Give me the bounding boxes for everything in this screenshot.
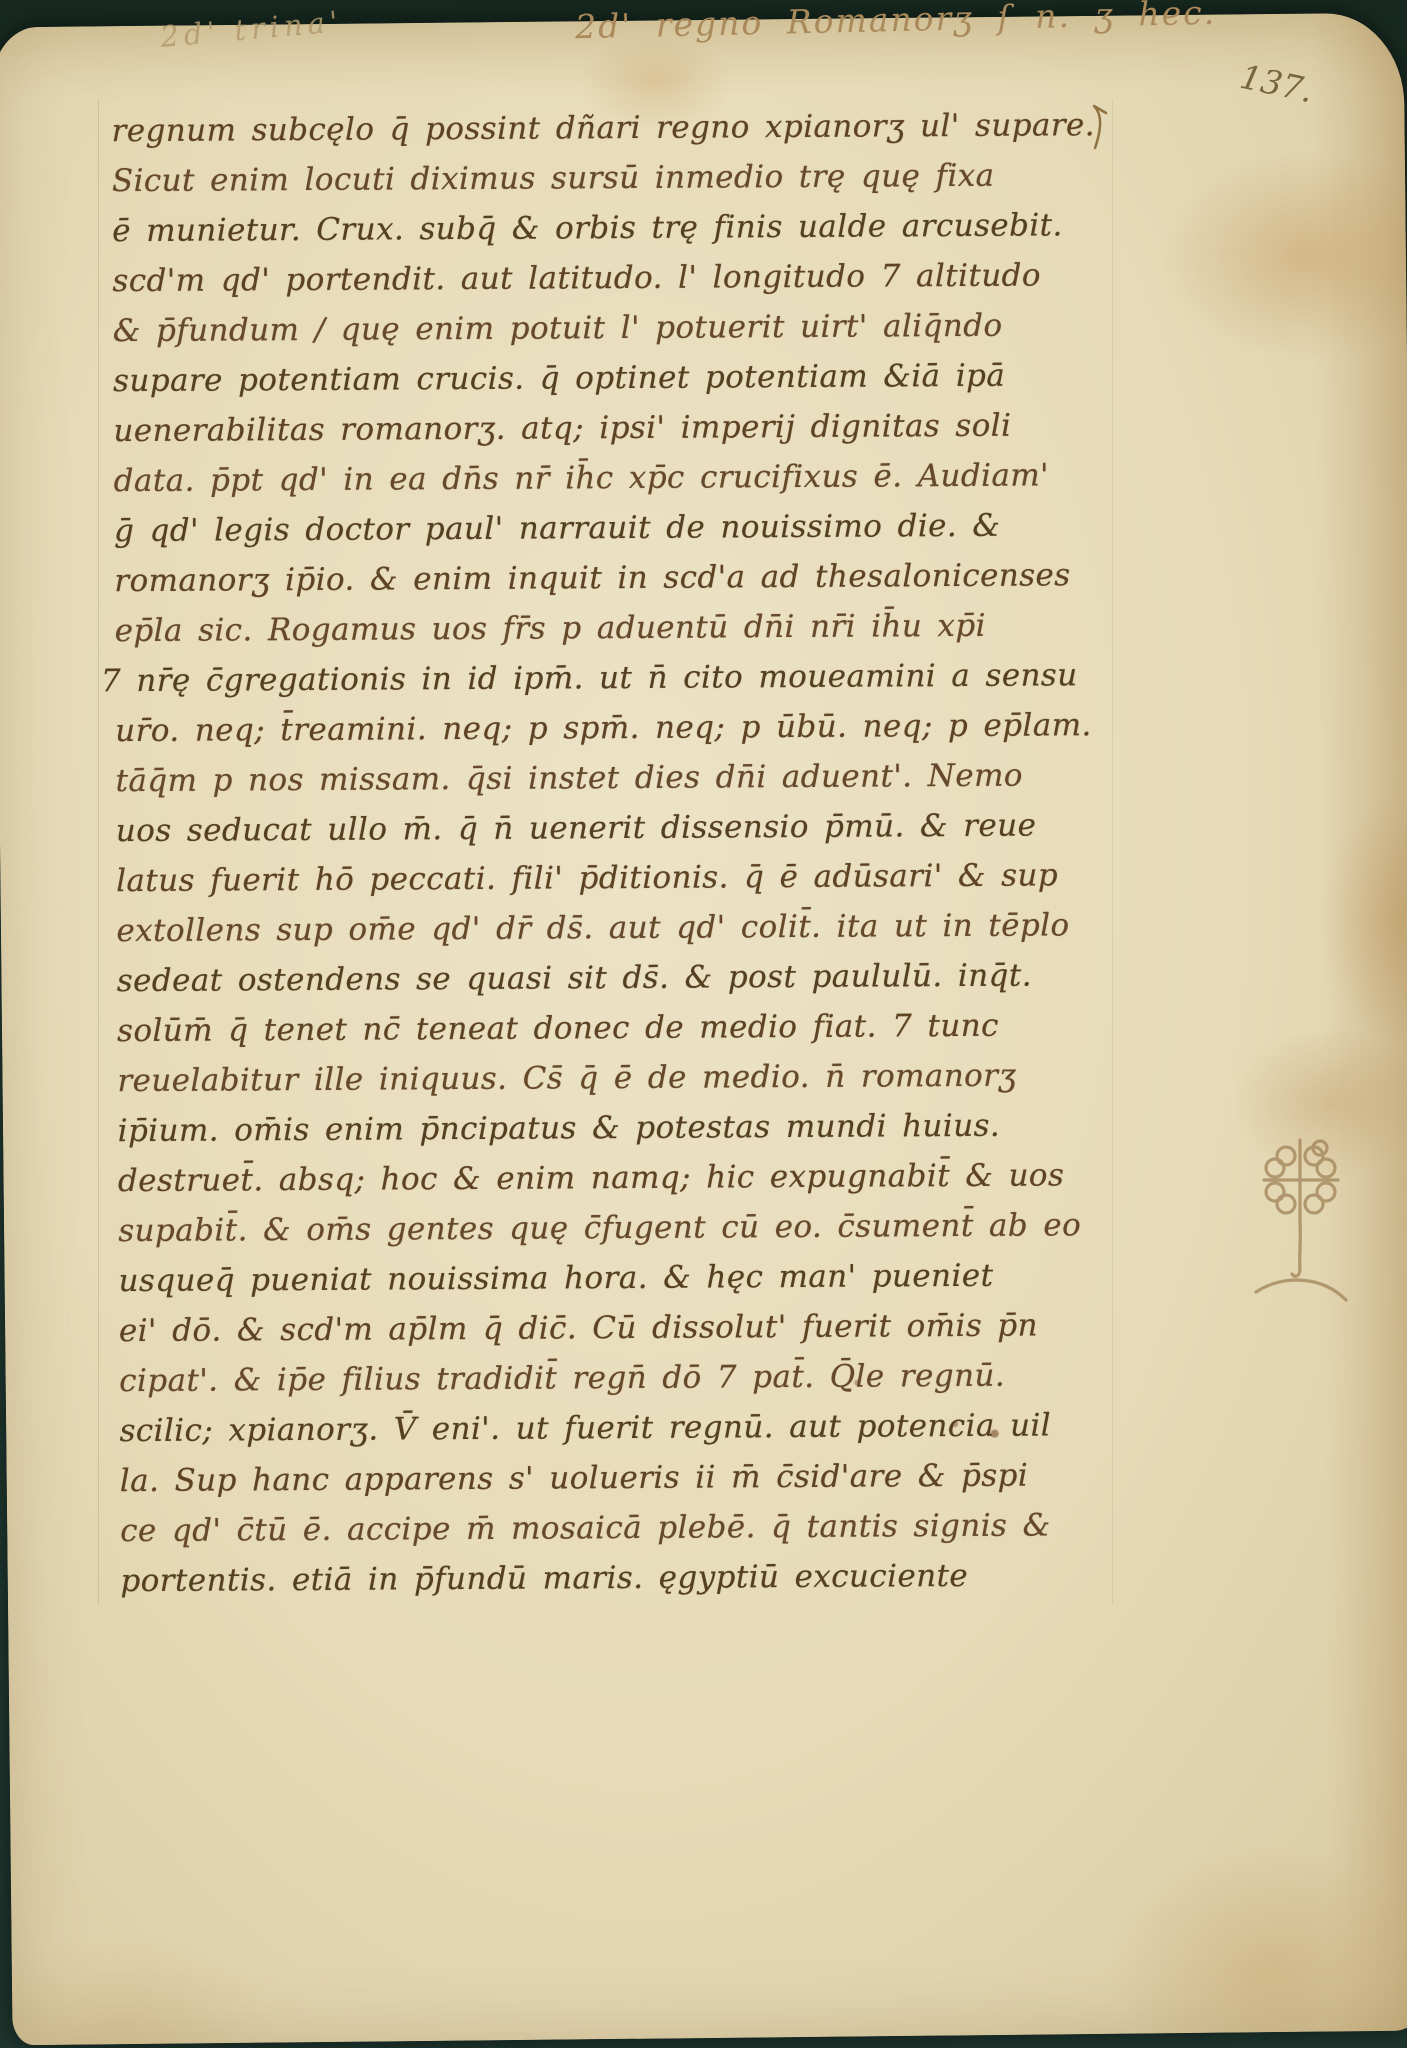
text-line-13: ur̄o. neq; t̄reamini. neq; p spm̄. neq; …	[115, 700, 1145, 756]
clover-cross-doodle-icon	[1250, 1124, 1350, 1308]
text-line-12: 7 nr̄ę c̄gregationis in id ipm̄. ut n̄ c…	[101, 650, 1145, 706]
text-line-30: portentis. etiā in p̄fundū maris. ęgypti…	[120, 1550, 1150, 1606]
text-line-29: ce qd' c̄tū ē. accipe m̄ mosaicā plebē. …	[120, 1500, 1150, 1556]
text-line-6: supare potentiam crucis. q̄ optinet pote…	[113, 350, 1143, 406]
text-line-17: extollens sup om̄e qd' dr̄ ds̄. aut qd' …	[116, 900, 1146, 956]
text-line-19: solūm̄ q̄ tenet nc̄ teneat donec de medi…	[117, 1000, 1147, 1056]
text-line-11: ep̄la sic. Rogamus uos fr̄s p aduentū dn…	[114, 600, 1144, 656]
text-line-23: supabit̄. & om̄s gentes quę c̄fugent cū …	[118, 1200, 1148, 1256]
text-line-8: data. p̄pt qd' in ea dn̄s nr̄ ih̄c xp̄c …	[114, 450, 1144, 506]
text-line-21: ip̄ium. om̄is enim p̄ncipatus & potestas…	[118, 1100, 1148, 1156]
text-line-7: uenerabilitas romanorʒ. atq; ipsi' imper…	[113, 400, 1143, 456]
text-line-10: romanorʒ ip̄io. & enim inquit in scd'a a…	[114, 550, 1144, 606]
left-ruling-line	[98, 100, 99, 1605]
text-line-18: sedeat ostendens se quasi sit ds̄. & pos…	[117, 950, 1147, 1006]
manuscript-scan: 2d' trina' 2d' regno Romanorʒ ſ n. ʒ hec…	[0, 0, 1407, 2048]
text-line-15: uos seducat ullo m̄. q̄ n̄ uenerit disse…	[116, 800, 1146, 856]
main-text-block: regnum subcęlo q̄ possint dñari regno xp…	[111, 100, 1150, 1606]
text-line-22: destruet̄. absq; hoc & enim namq; hic ex…	[118, 1150, 1148, 1206]
text-line-3: ē munietur. Crux. subq̄ & orbis trę fini…	[112, 200, 1142, 256]
text-line-5: & p̄fundum / quę enim potuit l' potuerit…	[113, 300, 1143, 356]
text-line-24: usqueq̄ pueniat nouissima hora. & hęc ma…	[118, 1250, 1148, 1306]
text-line-27: scilic; xpianorʒ. V̄ eni'. ut fuerit reg…	[119, 1400, 1149, 1456]
text-line-2: Sicut enim locuti diximus sursū inmedio …	[112, 150, 1142, 206]
text-line-16: latus fuerit hō peccati. fili' p̄ditioni…	[116, 850, 1146, 906]
text-line-1: regnum subcęlo q̄ possint dñari regno xp…	[111, 100, 1141, 156]
text-line-14: tāq̄m p nos missam. q̄si instet dies dn̄…	[115, 750, 1145, 806]
text-line-20: reuelabitur ille iniquus. Cs̄ q̄ ē de me…	[117, 1050, 1147, 1106]
text-line-9: ḡ qd' legis doctor paul' narrauit de nou…	[114, 500, 1144, 556]
text-line-25: ei' dō. & scd'm ap̄lm q̄ dic̄. Cū dissol…	[119, 1300, 1149, 1356]
text-line-26: cipat'. & ip̄e filius tradidit̄ regn̄ dō…	[119, 1350, 1149, 1406]
text-line-4: scd'm qd' portendit. aut latitudo. l' lo…	[112, 250, 1142, 306]
text-line-28: la. Sup hanc apparens s' uolueris ii m̄ …	[120, 1450, 1150, 1506]
